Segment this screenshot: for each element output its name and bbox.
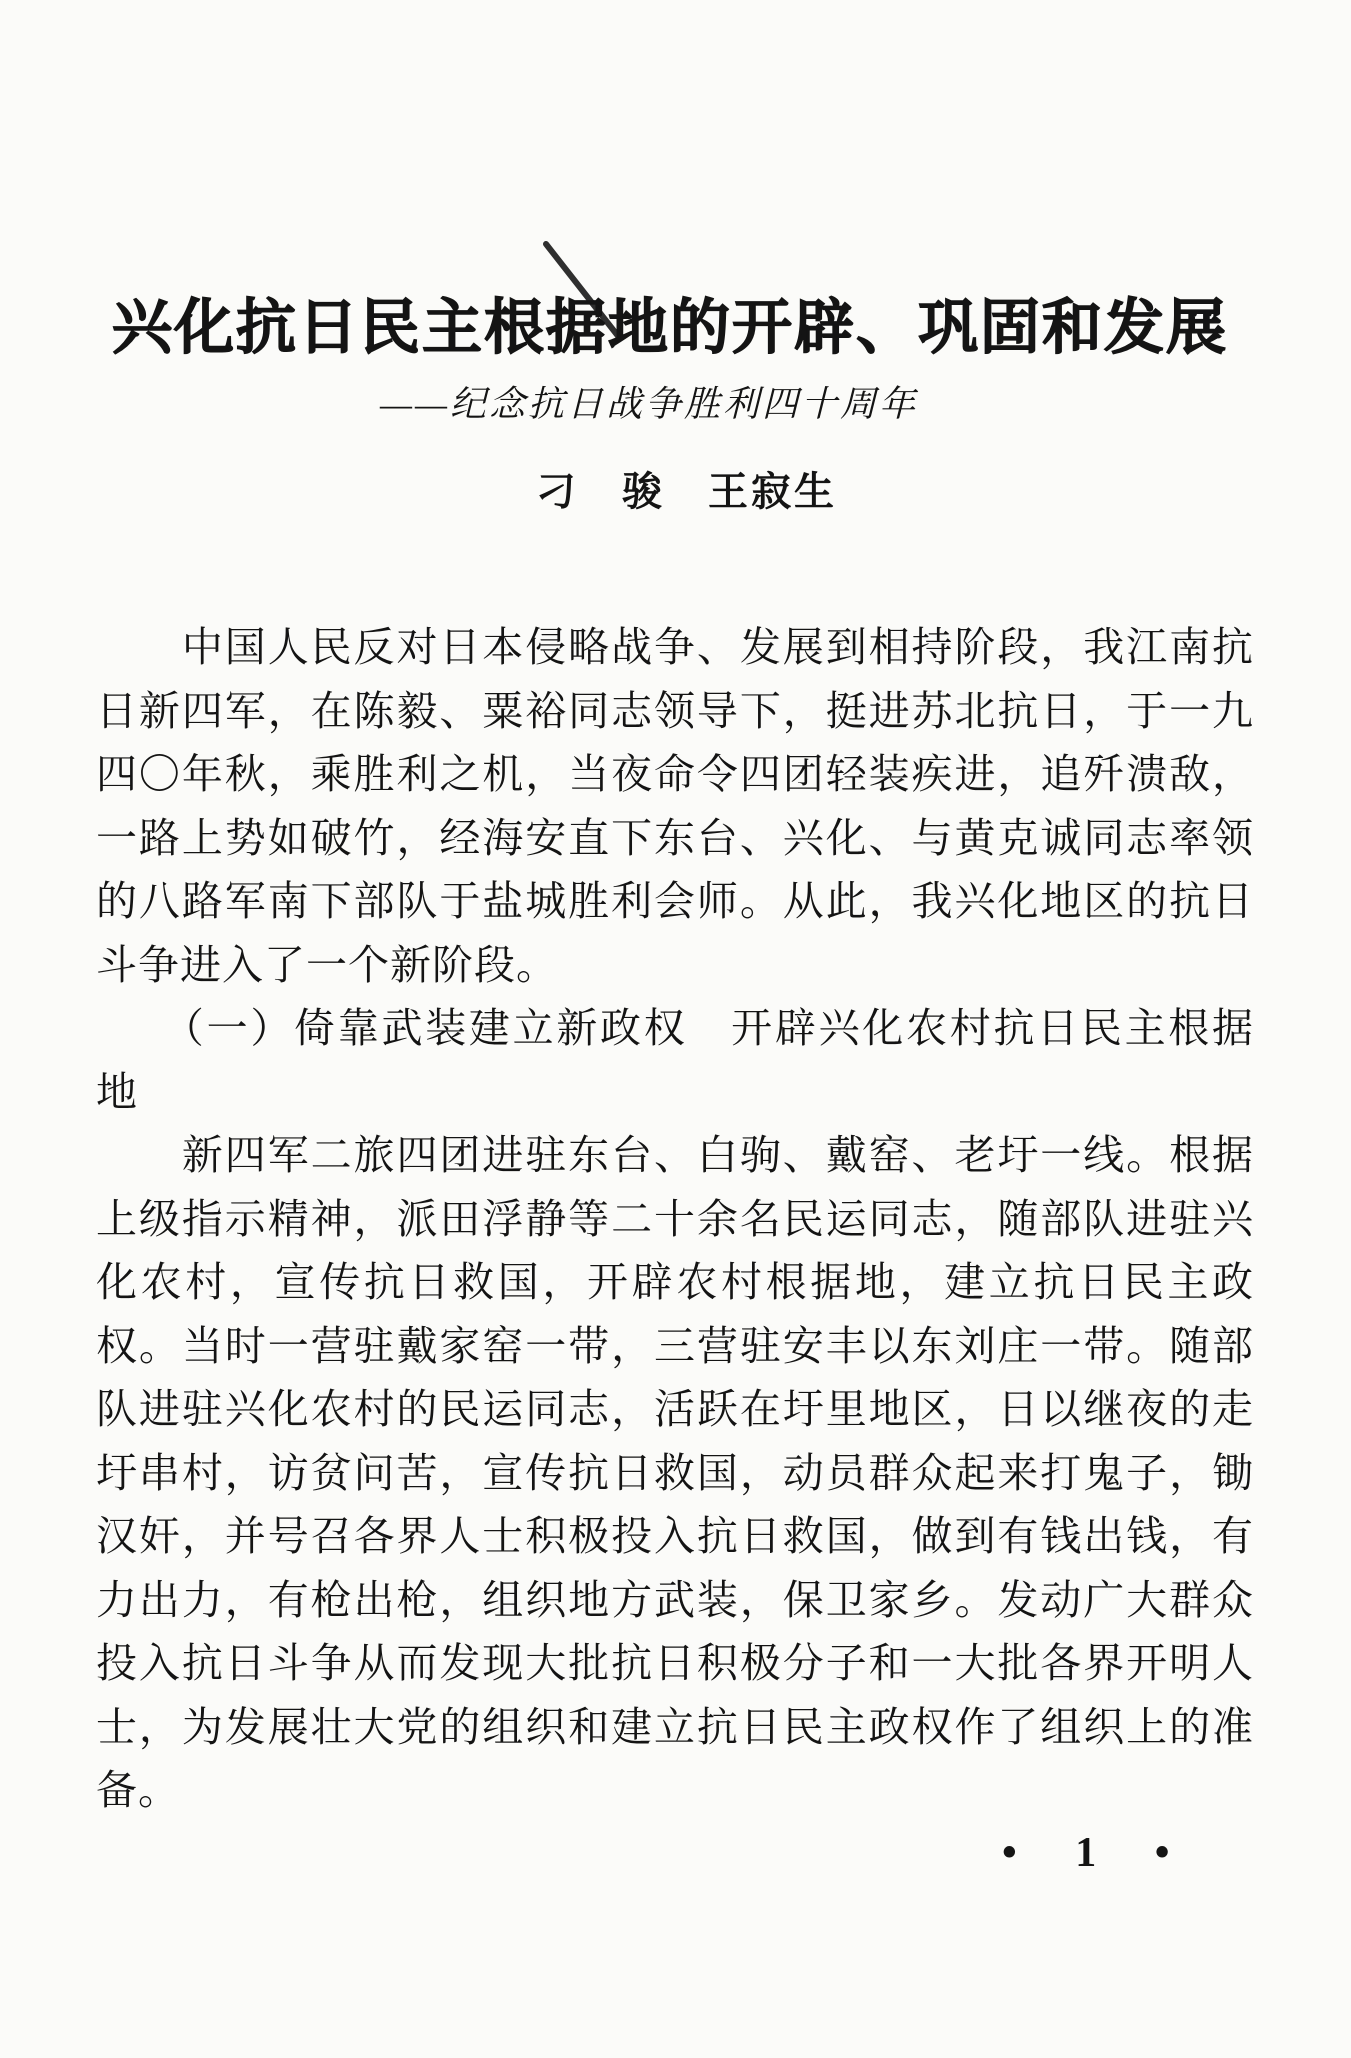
- body-line: 地: [96, 1061, 1254, 1125]
- body-line: 士，为发展壮大党的组织和建立抗日民主政权作了组织上的准: [96, 1696, 1254, 1760]
- page-number: • 1 •: [1002, 1828, 1193, 1878]
- body-line: 备。: [96, 1759, 1254, 1823]
- body-line: 投入抗日斗争从而发现大批抗日积极分子和一大批各界开明人: [96, 1632, 1254, 1696]
- body-line: 中国人民反对日本侵略战争、发展到相持阶段，我江南抗: [96, 616, 1254, 680]
- body-line: 四〇年秋，乘胜利之机，当夜命令四团轻装疾进，追歼溃敌，: [96, 743, 1254, 807]
- author-names: 刁 骏 王寂生: [536, 466, 837, 518]
- body-line: 汉奸，并号召各界人士积极投入抗日救国，做到有钱出钱，有: [96, 1505, 1254, 1569]
- body-line: 队进驻兴化农村的民运同志，活跃在圩里地区，日以继夜的走: [96, 1378, 1254, 1442]
- body-text: 中国人民反对日本侵略战争、发展到相持阶段，我江南抗日新四军，在陈毅、粟裕同志领导…: [96, 616, 1254, 1823]
- body-line: （一）倚靠武装建立新政权 开辟兴化农村抗日民主根据: [96, 997, 1254, 1061]
- scanned-document-page: 兴化抗日民主根据地的开辟、巩固和发展 ——纪念抗日战争胜利四十周年 刁 骏 王寂…: [0, 0, 1351, 2058]
- body-line: 圩串村，访贫问苦，宣传抗日救国，动员群众起来打鬼子，锄: [96, 1442, 1254, 1506]
- page-subtitle: ——纪念抗日战争胜利四十周年: [380, 380, 918, 428]
- page-title: 兴化抗日民主根据地的开辟、巩固和发展: [112, 292, 1272, 364]
- body-line: 斗争进入了一个新阶段。: [96, 934, 1254, 998]
- body-line: 的八路军南下部队于盐城胜利会师。从此，我兴化地区的抗日: [96, 870, 1254, 934]
- body-line: 力出力，有枪出枪，组织地方武装，保卫家乡。发动广大群众: [96, 1569, 1254, 1633]
- body-line: 日新四军，在陈毅、粟裕同志领导下，挺进苏北抗日，于一九: [96, 680, 1254, 744]
- body-line: 化农村，宣传抗日救国，开辟农村根据地，建立抗日民主政: [96, 1251, 1254, 1315]
- body-line: 新四军二旅四团进驻东台、白驹、戴窑、老圩一线。根据: [96, 1124, 1254, 1188]
- body-line: 上级指示精神，派田浮静等二十余名民运同志，随部队进驻兴: [96, 1188, 1254, 1252]
- body-line: 一路上势如破竹，经海安直下东台、兴化、与黄克诚同志率领: [96, 807, 1254, 871]
- body-line: 权。当时一营驻戴家窑一带，三营驻安丰以东刘庄一带。随部: [96, 1315, 1254, 1379]
